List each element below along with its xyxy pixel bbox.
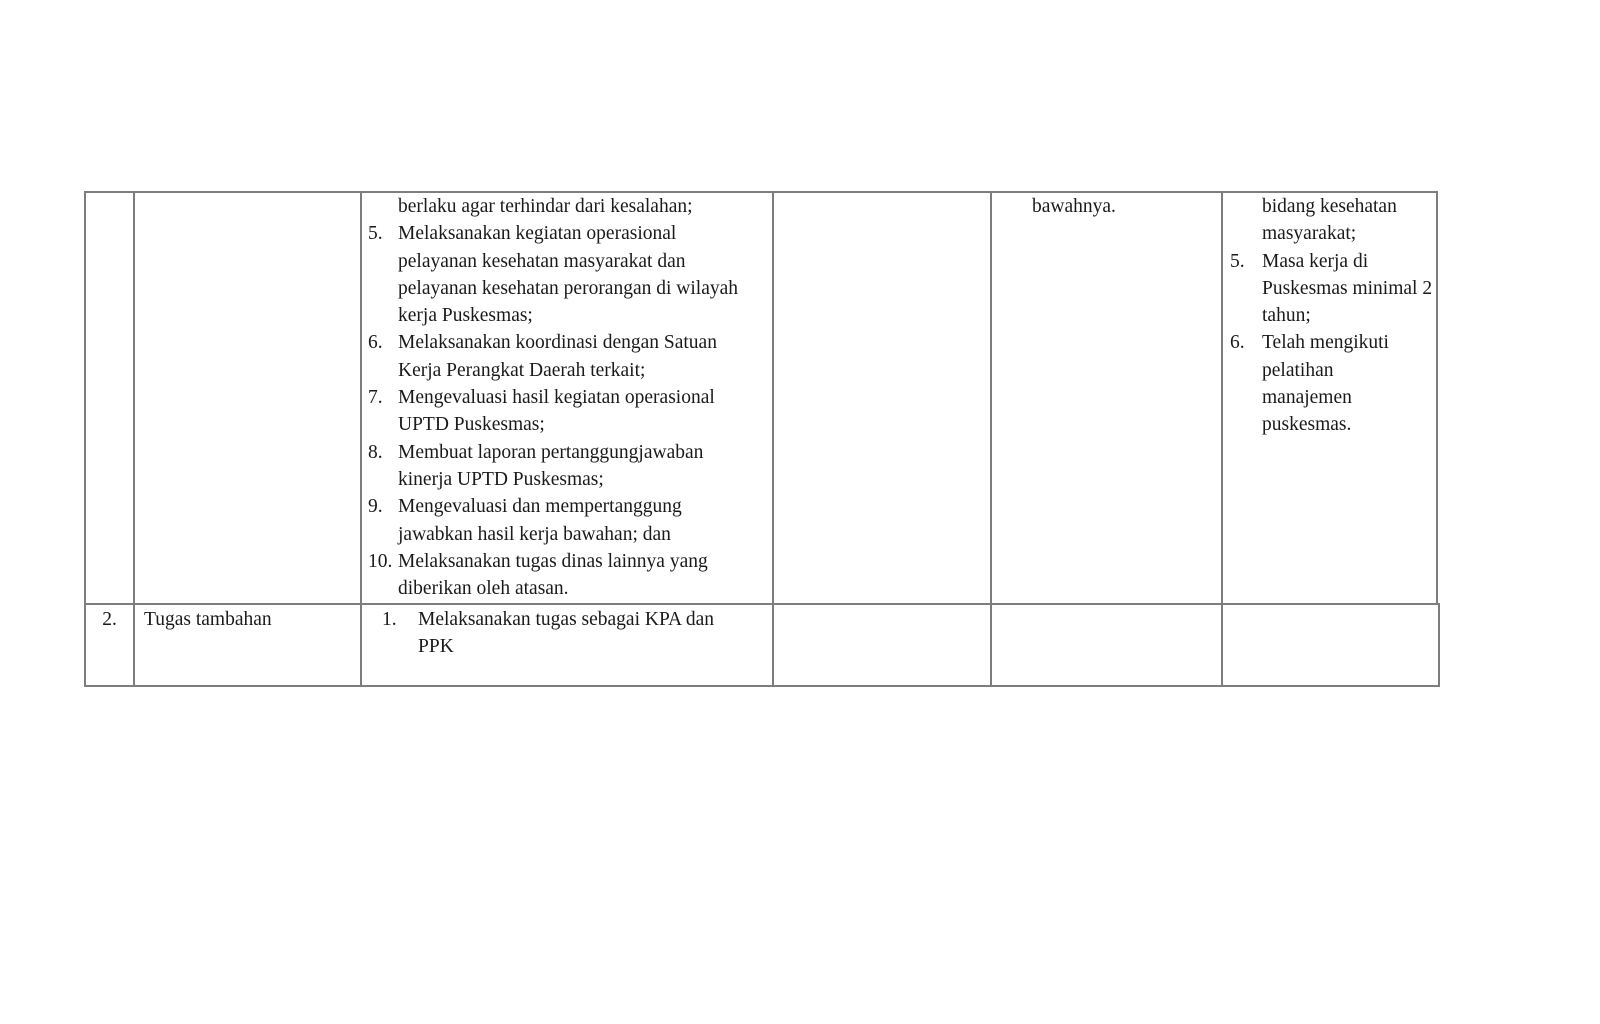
- details-item: 1.Melaksanakan tugas sebagai KPA dan PPK: [382, 606, 767, 661]
- table-border-right-row2: [1438, 603, 1440, 687]
- column-divider-4: [990, 191, 992, 687]
- details-item: 10.Melaksanakan tugas dinas lainnya yang…: [368, 548, 768, 603]
- row2-details-cell: 1.Melaksanakan tugas sebagai KPA dan PPK: [382, 606, 767, 661]
- details-continuation: berlaku agar terhindar dari kesalahan;: [368, 193, 768, 220]
- row2-task-cell: Tugas tambahan: [144, 606, 354, 633]
- column-divider-3: [772, 191, 774, 687]
- document-page: berlaku agar terhindar dari kesalahan; 5…: [0, 0, 1600, 1024]
- details-item: 6.Melaksanakan koordinasi dengan Satuan …: [368, 329, 768, 384]
- requirements-item: 6.Telah mengikuti pelatihan manajemen pu…: [1230, 329, 1435, 438]
- row1-details-cell: berlaku agar terhindar dari kesalahan; 5…: [368, 193, 768, 602]
- column-divider-1: [133, 191, 135, 687]
- details-item: 8.Membuat laporan pertanggungjawaban kin…: [368, 439, 768, 494]
- row-number: 2.: [102, 609, 117, 630]
- requirements-continuation: bidang kesehatan masyarakat;: [1230, 193, 1412, 248]
- details-item: 5.Melaksanakan kegiatan operasional pela…: [368, 220, 768, 329]
- details-item: 9.Mengevaluasi dan mempertanggung jawabk…: [368, 493, 768, 548]
- column-divider-5: [1221, 191, 1223, 687]
- row-divider: [84, 603, 1440, 605]
- row1-col5-cell: bawahnya.: [1032, 193, 1212, 220]
- row1-requirements-cell: bidang kesehatan masyarakat; 5.Masa kerj…: [1230, 193, 1435, 439]
- table-border-bottom: [84, 685, 1440, 687]
- column-divider-2: [360, 191, 362, 687]
- col5-text: bawahnya.: [1032, 196, 1116, 217]
- row2-number-cell: 2.: [86, 606, 133, 633]
- task-name: Tugas tambahan: [144, 609, 272, 630]
- table-border-right-row1: [1436, 191, 1438, 604]
- details-item: 7.Mengevaluasi hasil kegiatan operasiona…: [368, 384, 768, 439]
- requirements-item: 5.Masa kerja di Puskesmas minimal 2 tahu…: [1230, 248, 1435, 330]
